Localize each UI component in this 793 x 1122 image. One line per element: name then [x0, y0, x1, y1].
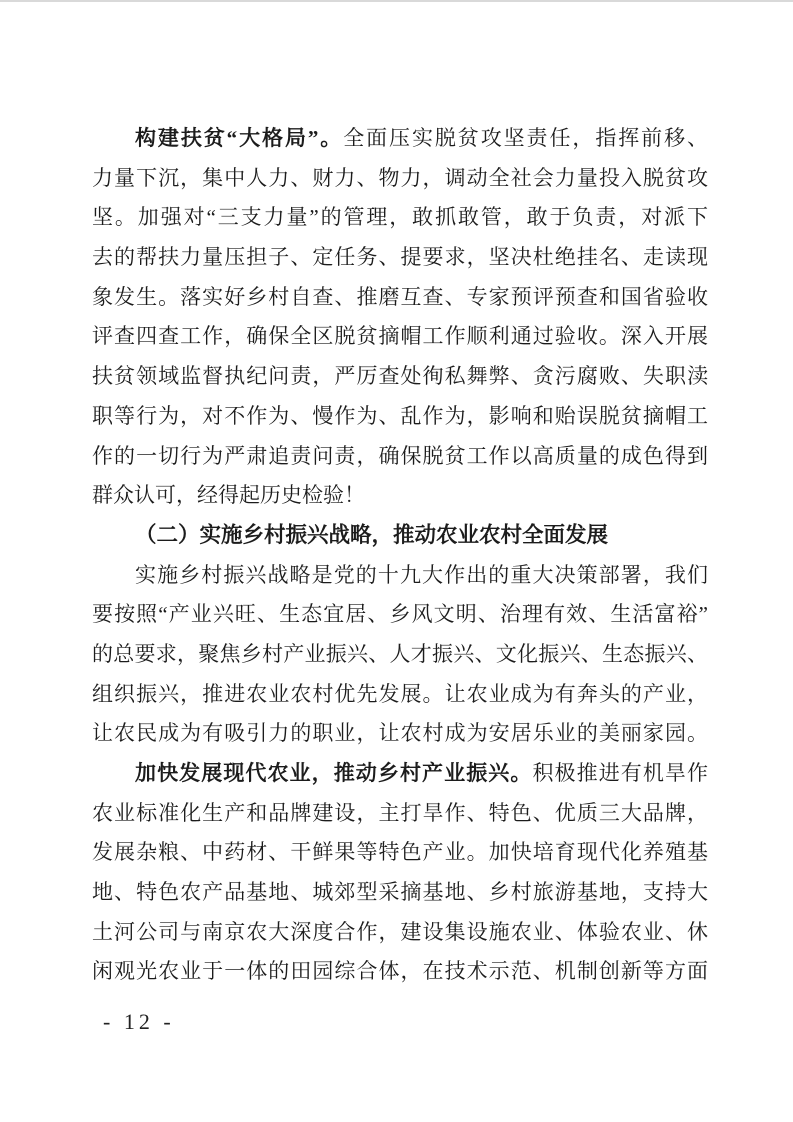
line-text: 要按照“产业兴旺、生态宜居、乡风文明、治理有效、生活富裕”: [92, 602, 708, 626]
line-text: 扶贫领域监督执纪问责，严厉查处徇私舞弊、贪污腐败、失职渎: [92, 364, 708, 388]
line-text: 群众认可，经得起历史检验！: [92, 483, 365, 507]
text-line: 去的帮扶力量压担子、定任务、提要求，坚决杜绝挂名、走读现: [92, 238, 708, 278]
bold-lead-in: 构建扶贫“大格局”。: [135, 126, 343, 150]
text-line: 发展杂粮、中药材、干鲜果等特色产业。加快培育现代化养殖基: [92, 833, 708, 873]
section-heading: （二）实施乡村振兴战略，推动农业农村全面发展: [92, 516, 708, 556]
text-line: 的总要求，聚焦乡村产业振兴、人才振兴、文化振兴、生态振兴、: [92, 635, 708, 675]
line-text: 实施乡村振兴战略是党的十九大作出的重大决策部署，我们: [135, 563, 708, 587]
text-line: 让农民成为有吸引力的职业，让农村成为安居乐业的美丽家园。: [92, 714, 708, 754]
line-text: 评查四查工作，确保全区脱贫摘帽工作顺利通过验收。深入开展: [92, 324, 708, 348]
text-line: 土河公司与南京农大深度合作，建设集设施农业、体验农业、休: [92, 913, 708, 953]
line-text: 组织振兴，推进农业农村优先发展。让农业成为有奔头的产业，: [92, 682, 708, 706]
text-line: 地、特色农产品基地、城郊型采摘基地、乡村旅游基地，支持大: [92, 873, 708, 913]
text-line: 构建扶贫“大格局”。全面压实脱贫攻坚责任，指挥前移、: [92, 119, 708, 159]
line-text: 闲观光农业于一体的田园综合体，在技术示范、机制创新等方面: [92, 959, 708, 983]
page-number: - 12 -: [103, 1009, 175, 1035]
document-page: 构建扶贫“大格局”。全面压实脱贫攻坚责任，指挥前移、 力量下沉，集中人力、财力、…: [0, 0, 793, 1122]
text-line: 要按照“产业兴旺、生态宜居、乡风文明、治理有效、生活富裕”: [92, 595, 708, 635]
line-text: 的总要求，聚焦乡村产业振兴、人才振兴、文化振兴、生态振兴、: [92, 642, 708, 666]
text-line: 闲观光农业于一体的田园综合体，在技术示范、机制创新等方面: [92, 952, 708, 992]
line-text: 去的帮扶力量压担子、定任务、提要求，坚决杜绝挂名、走读现: [92, 245, 708, 269]
text-line: 扶贫领域监督执纪问责，严厉查处徇私舞弊、贪污腐败、失职渎: [92, 357, 708, 397]
line-text: 让农民成为有吸引力的职业，让农村成为安居乐业的美丽家园。: [92, 721, 708, 745]
line-text: 土河公司与南京农大深度合作，建设集设施农业、体验农业、休: [92, 920, 708, 944]
line-text: 发展杂粮、中药材、干鲜果等特色产业。加快培育现代化养殖基: [92, 840, 708, 864]
line-text: 全面压实脱贫攻坚责任，指挥前移、: [343, 126, 708, 150]
heading-text: （二）实施乡村振兴战略，推动农业农村全面发展: [135, 523, 608, 547]
line-text: 象发生。落实好乡村自查、推磨互查、专家预评预查和国省验收: [92, 285, 708, 309]
text-line: 职等行为，对不作为、慢作为、乱作为，影响和贻误脱贫摘帽工: [92, 397, 708, 437]
text-block: 构建扶贫“大格局”。全面压实脱贫攻坚责任，指挥前移、 力量下沉，集中人力、财力、…: [92, 119, 708, 992]
line-text: 积极推进有机旱作: [532, 761, 708, 785]
text-line: 组织振兴，推进农业农村优先发展。让农业成为有奔头的产业，: [92, 675, 708, 715]
text-line: 作的一切行为严肃追责问责，确保脱贫工作以高质量的成色得到: [92, 437, 708, 477]
line-text: 农业标准化生产和品牌建设，主打旱作、特色、优质三大品牌，: [92, 801, 708, 825]
text-line: 群众认可，经得起历史检验！: [92, 476, 708, 516]
text-line: 坚。加强对“三支力量”的管理，敢抓敢管，敢于负责，对派下: [92, 198, 708, 238]
line-text: 地、特色农产品基地、城郊型采摘基地、乡村旅游基地，支持大: [92, 880, 708, 904]
text-line: 象发生。落实好乡村自查、推磨互查、专家预评预查和国省验收: [92, 278, 708, 318]
text-line: 评查四查工作，确保全区脱贫摘帽工作顺利通过验收。深入开展: [92, 317, 708, 357]
text-line: 实施乡村振兴战略是党的十九大作出的重大决策部署，我们: [92, 556, 708, 596]
bold-lead-in: 加快发展现代农业，推动乡村产业振兴。: [135, 761, 532, 785]
line-text: 职等行为，对不作为、慢作为、乱作为，影响和贻误脱贫摘帽工: [92, 404, 708, 428]
text-line: 农业标准化生产和品牌建设，主打旱作、特色、优质三大品牌，: [92, 794, 708, 834]
text-line: 加快发展现代农业，推动乡村产业振兴。积极推进有机旱作: [92, 754, 708, 794]
line-text: 坚。加强对“三支力量”的管理，敢抓敢管，敢于负责，对派下: [92, 205, 708, 229]
text-line: 力量下沉，集中人力、财力、物力，调动全社会力量投入脱贫攻: [92, 159, 708, 199]
line-text: 力量下沉，集中人力、财力、物力，调动全社会力量投入脱贫攻: [92, 166, 708, 190]
line-text: 作的一切行为严肃追责问责，确保脱贫工作以高质量的成色得到: [92, 444, 708, 468]
